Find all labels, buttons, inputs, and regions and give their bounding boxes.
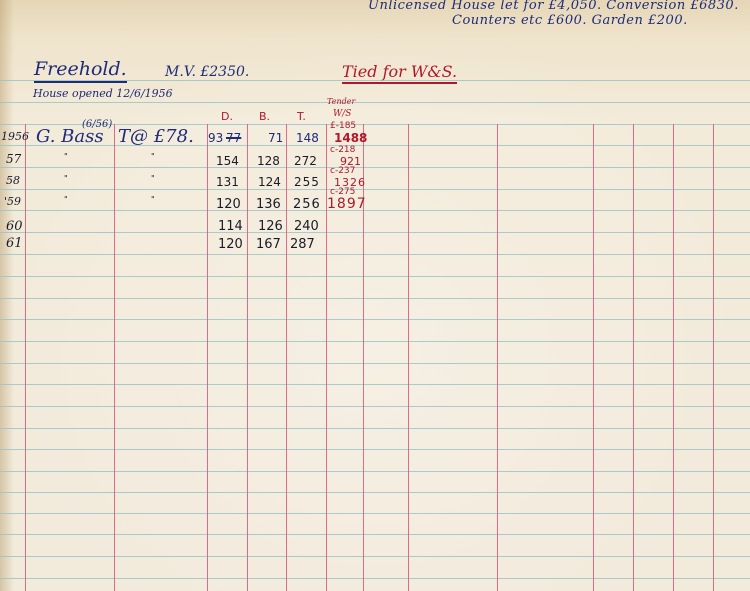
- rule-line: [0, 363, 750, 364]
- rule-line: [0, 513, 750, 514]
- rule-line: [0, 254, 750, 255]
- row-t: 255: [294, 175, 320, 189]
- column-rule: [713, 124, 714, 591]
- house-opened: House opened 12/6/1956: [33, 87, 173, 100]
- rule-line: [0, 145, 750, 146]
- column-rule: [497, 124, 498, 591]
- row-t: 240: [294, 219, 319, 234]
- rule-line: [0, 471, 750, 472]
- row-d: 120: [216, 197, 241, 212]
- rule-line: [0, 189, 750, 190]
- rule-line: [0, 449, 750, 450]
- column-rule: [363, 124, 364, 591]
- row-rent-ditto: ": [151, 152, 155, 161]
- row-rent: T@ £78.: [118, 126, 194, 147]
- row-year: 57: [6, 152, 21, 166]
- column-header-b: B.: [259, 110, 270, 123]
- row-tenant-note: (6/56): [82, 119, 112, 130]
- row-d: 114: [218, 219, 243, 234]
- row-d-struck: 77: [226, 131, 241, 145]
- rule-line: [0, 341, 750, 342]
- column-rule: [207, 124, 208, 591]
- row-tenant-ditto: ": [64, 195, 68, 204]
- row-b: 136: [256, 197, 281, 212]
- rule-line: [0, 428, 750, 429]
- row-ws: 1897: [327, 196, 367, 212]
- column-rule: [247, 124, 248, 591]
- rule-line: [0, 319, 750, 320]
- column-header-ws: W/S: [333, 109, 351, 119]
- row-tenant-ditto: ": [64, 152, 68, 161]
- row-b: 128: [257, 154, 280, 168]
- row-d: 120: [218, 237, 243, 252]
- column-rule: [114, 124, 115, 591]
- rule-line: [0, 556, 750, 557]
- column-header-tender: Tender: [327, 97, 355, 106]
- row-rent-ditto: ": [151, 195, 155, 204]
- rule-line: [0, 578, 750, 579]
- rule-line: [0, 298, 750, 299]
- row-rent-ditto: ": [151, 174, 155, 183]
- column-rule: [286, 124, 287, 591]
- row-t: 287: [290, 237, 315, 252]
- rule-line: [0, 276, 750, 277]
- row-ws: 1488: [334, 131, 367, 145]
- tied-note: Tied for W&S.: [342, 62, 457, 84]
- row-year: 61: [6, 236, 23, 251]
- row-b: 167: [256, 237, 281, 252]
- column-rule: [326, 124, 327, 591]
- row-d: 131: [216, 175, 239, 189]
- rule-line: [0, 492, 750, 493]
- row-tenant-ditto: ": [64, 174, 68, 183]
- column-header-d: D.: [221, 110, 233, 123]
- market-value: M.V. £2350.: [165, 64, 249, 80]
- column-rule: [25, 124, 26, 591]
- column-header-t: T.: [297, 110, 306, 123]
- row-d: 93: [208, 131, 223, 145]
- header-note-line1: Unlicensed House let for £4,050. Convers…: [368, 0, 739, 13]
- rule-line: [0, 534, 750, 535]
- rule-line: [0, 210, 750, 211]
- row-b: 124: [258, 175, 281, 189]
- row-year: 60: [6, 219, 23, 234]
- row-d: 154: [216, 154, 239, 168]
- rule-line: [0, 124, 750, 125]
- column-rule: [408, 124, 409, 591]
- rule-line: [0, 167, 750, 168]
- rule-line: [0, 102, 750, 103]
- row-t: 272: [294, 154, 317, 168]
- rule-line: [0, 384, 750, 385]
- row-t: 148: [296, 131, 319, 145]
- rule-line: [0, 406, 750, 407]
- row-t: 256: [293, 197, 321, 212]
- ledger-page: Unlicensed House let for £4,050. Convers…: [0, 0, 750, 591]
- row-ws-c: £-185: [330, 121, 356, 131]
- row-b: 126: [258, 219, 283, 234]
- column-rule: [633, 124, 634, 591]
- row-b: 71: [268, 131, 283, 145]
- tenure-title: Freehold.: [34, 58, 127, 83]
- row-year: 58: [6, 174, 20, 187]
- row-year: 1956: [1, 130, 29, 143]
- rule-line: [0, 232, 750, 233]
- row-year: '59: [4, 195, 21, 208]
- column-rule: [593, 124, 594, 591]
- row-ws-c: c-237: [330, 166, 355, 176]
- column-rule: [673, 124, 674, 591]
- row-ws-c: c-218: [330, 145, 355, 155]
- header-note-line2: Counters etc £600. Garden £200.: [452, 13, 688, 28]
